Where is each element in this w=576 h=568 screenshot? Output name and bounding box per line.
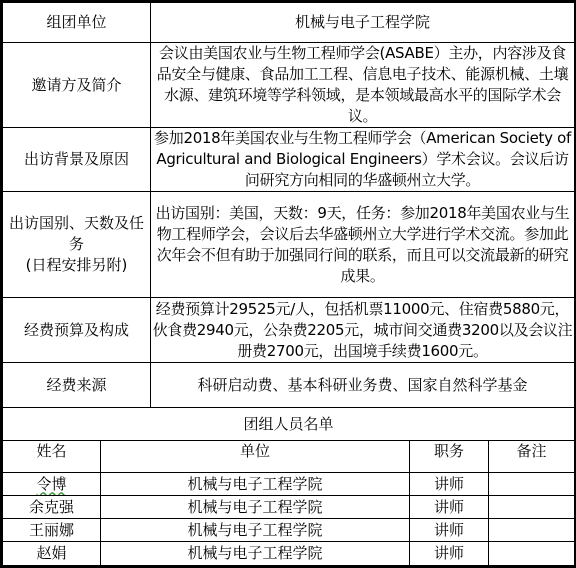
member-note xyxy=(489,519,575,542)
label-inviter: 邀请方及简介 xyxy=(3,43,151,128)
label-background: 出访背景及原因 xyxy=(3,128,151,192)
member-unit: 机械与电子工程学院 xyxy=(101,496,410,519)
value-unit: 机械与电子工程学院 xyxy=(151,3,575,43)
member-row: 令博 机械与电子工程学院 讲师 xyxy=(3,473,575,496)
header-unit: 单位 xyxy=(101,441,410,473)
label-funding: 经费来源 xyxy=(3,363,151,408)
members-title: 团组人员名单 xyxy=(3,408,575,441)
member-name-text: 令博 xyxy=(36,475,66,493)
member-note xyxy=(489,542,575,566)
label-country-days-task-main: 出访国别、天数及任务 xyxy=(4,213,149,255)
member-row: 赵娟 机械与电子工程学院 讲师 xyxy=(3,542,575,566)
member-title: 讲师 xyxy=(410,496,489,519)
member-row: 余克强 机械与电子工程学院 讲师 xyxy=(3,496,575,519)
form-row-inviter: 邀请方及简介 会议由美国农业与生物工程师学会(ASABE）主办，内容涉及食品安全… xyxy=(3,43,575,128)
form-row-unit: 组团单位 机械与电子工程学院 xyxy=(3,3,575,43)
member-note xyxy=(489,473,575,496)
members-title-row: 团组人员名单 xyxy=(3,408,575,441)
member-note xyxy=(489,496,575,519)
members-header-row: 姓名 单位 职务 备注 xyxy=(3,441,575,473)
form-row-funding: 经费来源 科研启动费、基本科研业务费、国家自然科学基金 xyxy=(3,363,575,408)
label-country-days-task-sub: (日程安排另附) xyxy=(4,255,149,276)
member-name: 赵娟 xyxy=(3,542,101,566)
label-country-days-task: 出访国别、天数及任务 (日程安排另附) xyxy=(3,192,151,298)
value-background: 参加2018年美国农业与生物工程师学会（American Society of … xyxy=(151,128,575,192)
member-title: 讲师 xyxy=(410,473,489,496)
form-row-budget: 经费预算及构成 经费预算计29525元/人，包括机票11000元、住宿费5880… xyxy=(3,298,575,363)
member-title: 讲师 xyxy=(410,542,489,566)
member-unit: 机械与电子工程学院 xyxy=(101,519,410,542)
form-row-country-days-task: 出访国别、天数及任务 (日程安排另附) 出访国别：美国，天数：9天，任务：参加2… xyxy=(3,192,575,298)
budget-text: 经费预算计29525元/人，包括机票11000元、住宿费5880元，伙食费294… xyxy=(152,299,573,362)
value-country-days-task: 出访国别：美国，天数：9天，任务：参加2018年美国农业与生物工程师学会，会议后… xyxy=(151,192,575,298)
header-note: 备注 xyxy=(489,441,575,473)
label-unit: 组团单位 xyxy=(3,3,151,43)
value-budget: 经费预算计29525元/人，包括机票11000元、住宿费5880元，伙食费294… xyxy=(151,298,575,363)
member-title: 讲师 xyxy=(410,519,489,542)
header-name: 姓名 xyxy=(3,441,101,473)
country-days-task-text: 出访国别：美国，天数：9天，任务：参加2018年美国农业与生物工程师学会，会议后… xyxy=(152,203,573,287)
member-name: 王丽娜 xyxy=(3,519,101,542)
member-unit: 机械与电子工程学院 xyxy=(101,473,410,496)
value-inviter: 会议由美国农业与生物工程师学会(ASABE）主办，内容涉及食品安全与健康、食品加… xyxy=(151,43,575,128)
background-text: 参加2018年美国农业与生物工程师学会（American Society of … xyxy=(152,128,573,191)
value-funding: 科研启动费、基本科研业务费、国家自然科学基金 xyxy=(151,363,575,408)
form-row-background: 出访背景及原因 参加2018年美国农业与生物工程师学会（American Soc… xyxy=(3,128,575,192)
label-budget: 经费预算及构成 xyxy=(3,298,151,363)
member-unit: 机械与电子工程学院 xyxy=(101,542,410,566)
member-name: 余克强 xyxy=(3,496,101,519)
header-title: 职务 xyxy=(410,441,489,473)
member-row: 王丽娜 机械与电子工程学院 讲师 xyxy=(3,519,575,542)
delegation-form-table: 组团单位 机械与电子工程学院 邀请方及简介 会议由美国农业与生物工程师学会(AS… xyxy=(2,2,575,566)
inviter-text: 会议由美国农业与生物工程师学会(ASABE）主办，内容涉及食品安全与健康、食品加… xyxy=(152,43,573,127)
member-name: 令博 xyxy=(3,473,101,496)
